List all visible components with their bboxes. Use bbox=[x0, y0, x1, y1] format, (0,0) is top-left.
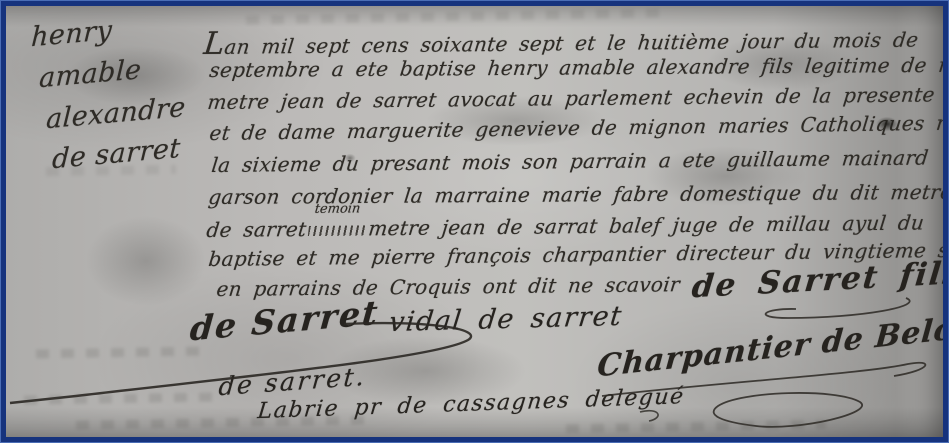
document-scan: henry amable alexandre de sarret Lan mil… bbox=[6, 6, 943, 437]
bleedthrough-text bbox=[24, 392, 224, 404]
margin-note-line: alexandre bbox=[45, 92, 186, 135]
interlinear-insertion: temoin bbox=[305, 216, 370, 241]
margin-note-line: amable bbox=[38, 54, 142, 94]
body-line: et de dame marguerite genevieve de migno… bbox=[208, 111, 943, 146]
insertion-word: temoin bbox=[314, 201, 361, 216]
body-line: metre jean de sarret avocat au parlement… bbox=[206, 82, 943, 114]
screenshot-root: { "colors": { "frame": "#16337d", "frame… bbox=[0, 0, 949, 443]
signature-vidal-de-sarret: vidal de sarret bbox=[387, 301, 624, 338]
bleedthrough-text bbox=[566, 420, 826, 434]
scan-border-frame: henry amable alexandre de sarret Lan mil… bbox=[1, 1, 948, 442]
body-line-7-post: metre jean de sarrat balef juge de milla… bbox=[367, 210, 925, 240]
body-line: septembre a ete baptise henry amable ale… bbox=[208, 53, 943, 82]
crossed-out-word bbox=[308, 225, 367, 236]
bleedthrough-text bbox=[36, 347, 206, 359]
stain bbox=[86, 216, 206, 306]
body-line: en parrains de Croquis ont dit ne scavoi… bbox=[215, 272, 681, 301]
margin-note-line: henry bbox=[30, 15, 113, 53]
margin-note-line: de sarret bbox=[51, 133, 181, 176]
body-line: la sixieme du presant mois son parrain a… bbox=[210, 145, 930, 177]
body-line: de sarrettemoinmetre jean de sarrat bale… bbox=[205, 210, 925, 242]
body-line-7-pre: de sarret bbox=[205, 217, 308, 242]
signature-charpantier-de-belcours: Charpantier de Belcours bbox=[596, 303, 943, 384]
